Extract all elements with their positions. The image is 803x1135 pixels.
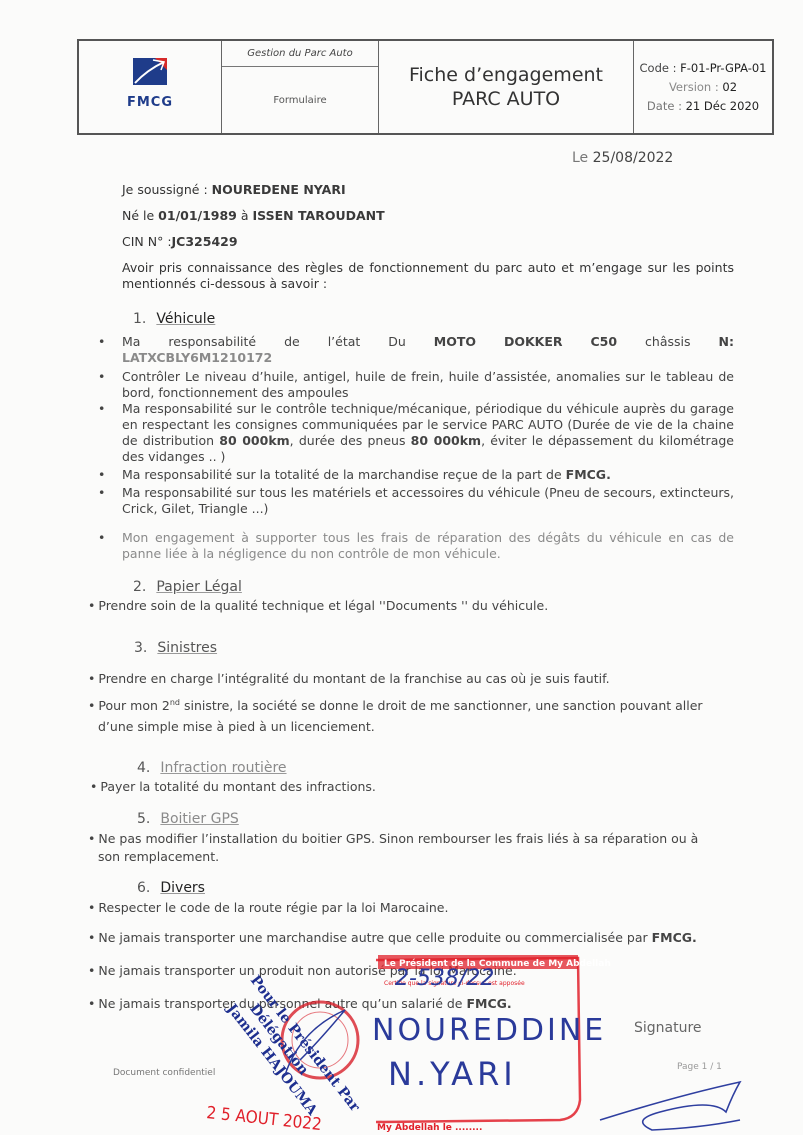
handwritten-name-line2: N.YARI xyxy=(388,1055,517,1093)
handwritten-reference: 2-538/22 xyxy=(395,966,494,991)
handwritten-name-line1: NOUREDDINE xyxy=(372,1013,606,1048)
signer-signature xyxy=(600,1082,740,1130)
red-stamp-footer: My Abdellah le ........ xyxy=(377,1123,482,1133)
stamps-overlay: Le Président de la Commune de My Abdella… xyxy=(0,0,803,1135)
document-page: FMCG Gestion du Parc Auto Formulaire Fic… xyxy=(0,0,803,1135)
